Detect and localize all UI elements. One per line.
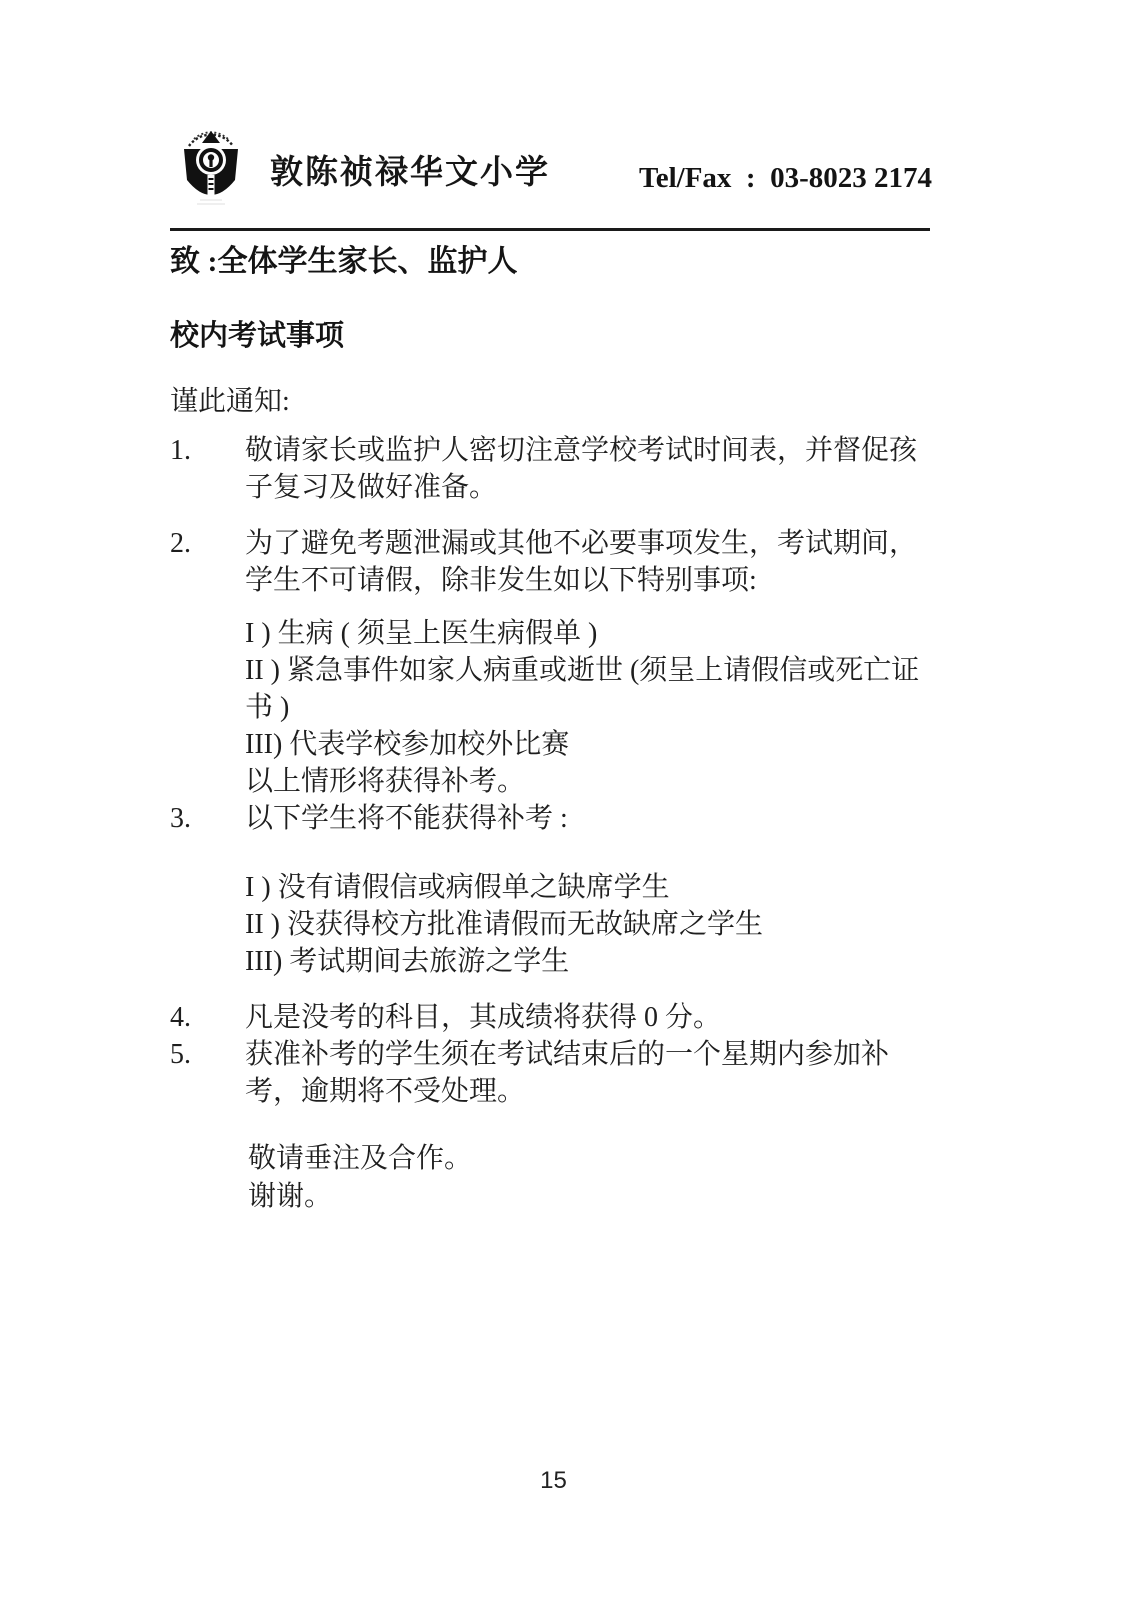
page-number: 15 <box>0 1467 1107 1495</box>
item-number: 5. <box>170 1036 245 1110</box>
sub-item: I ) 没有请假信或病假单之缺席学生 <box>245 869 932 906</box>
notice-item-1: 1. 敬请家长或监护人密切注意学校考试时间表，并督促孩子复习及做好准备。 <box>170 432 932 506</box>
closing-block: 敬请垂注及合作。 谢谢。 <box>170 1140 932 1216</box>
sub-item: III) 代表学校参加校外比赛 <box>245 726 932 763</box>
notice-item-5: 5. 获准补考的学生须在考试结束后的一个星期内参加补考，逾期将不受处理。 <box>170 1036 932 1110</box>
closing-line: 谢谢。 <box>248 1178 932 1216</box>
header-divider <box>170 228 930 231</box>
salutation-line: 谨此通知: <box>170 379 932 419</box>
letterhead: 敦陈祯禄华文小学 Tel/Fax : 03-8023 2174 <box>170 122 932 216</box>
notice-subject: 校内考试事项 <box>170 313 932 354</box>
telfax-label: Tel/Fax : 03-8023 2174 <box>639 162 932 195</box>
notice-item-3: 3. 以下学生将不能获得补考 : <box>170 800 932 837</box>
sub-item: III) 考试期间去旅游之学生 <box>245 943 932 980</box>
document-content: 敦陈祯禄华文小学 Tel/Fax : 03-8023 2174 致 :全体学生家… <box>170 0 932 1216</box>
sub-item: II ) 没获得校方批准请假而无故缺席之学生 <box>245 906 932 943</box>
notice-item-4: 4. 凡是没考的科目，其成绩将获得 0 分。 <box>170 999 932 1036</box>
item-text: 为了避免考题泄漏或其他不必要事项发生，考试期间，学生不可请假，除非发生如以下特别… <box>245 525 932 599</box>
sub-item: 以上情形将获得补考。 <box>245 763 932 800</box>
school-crest-icon <box>180 122 242 216</box>
recipient-line: 致 :全体学生家长、监护人 <box>170 236 932 280</box>
notice-item-2: 2. 为了避免考题泄漏或其他不必要事项发生，考试期间，学生不可请假，除非发生如以… <box>170 525 932 599</box>
notice-item-3-sublist: I ) 没有请假信或病假单之缺席学生 II ) 没获得校方批准请假而无故缺席之学… <box>170 869 932 980</box>
sub-item: I ) 生病 ( 须呈上医生病假单 ) <box>245 615 932 652</box>
notice-item-list: 1. 敬请家长或监护人密切注意学校考试时间表，并督促孩子复习及做好准备。 2. … <box>170 432 932 1110</box>
notice-item-2-sublist: I ) 生病 ( 须呈上医生病假单 ) II ) 紧急事件如家人病重或逝世 (须… <box>170 615 932 800</box>
item-text: 获准补考的学生须在考试结束后的一个星期内参加补考，逾期将不受处理。 <box>245 1036 932 1110</box>
item-number: 3. <box>170 800 245 837</box>
closing-line: 敬请垂注及合作。 <box>248 1140 932 1178</box>
item-number: 1. <box>170 432 245 506</box>
sub-item: II ) 紧急事件如家人病重或逝世 (须呈上请假信或死亡证书 ) <box>245 652 932 726</box>
item-number: 2. <box>170 525 245 599</box>
letterhead-left: 敦陈祯禄华文小学 <box>170 122 550 216</box>
school-name: 敦陈祯禄华文小学 <box>270 146 550 193</box>
item-text: 凡是没考的科目，其成绩将获得 0 分。 <box>245 999 932 1036</box>
document-page: 敦陈祯禄华文小学 Tel/Fax : 03-8023 2174 致 :全体学生家… <box>0 0 1137 1600</box>
item-number: 4. <box>170 999 245 1036</box>
item-text: 以下学生将不能获得补考 : <box>245 800 932 837</box>
item-text: 敬请家长或监护人密切注意学校考试时间表，并督促孩子复习及做好准备。 <box>245 432 932 506</box>
